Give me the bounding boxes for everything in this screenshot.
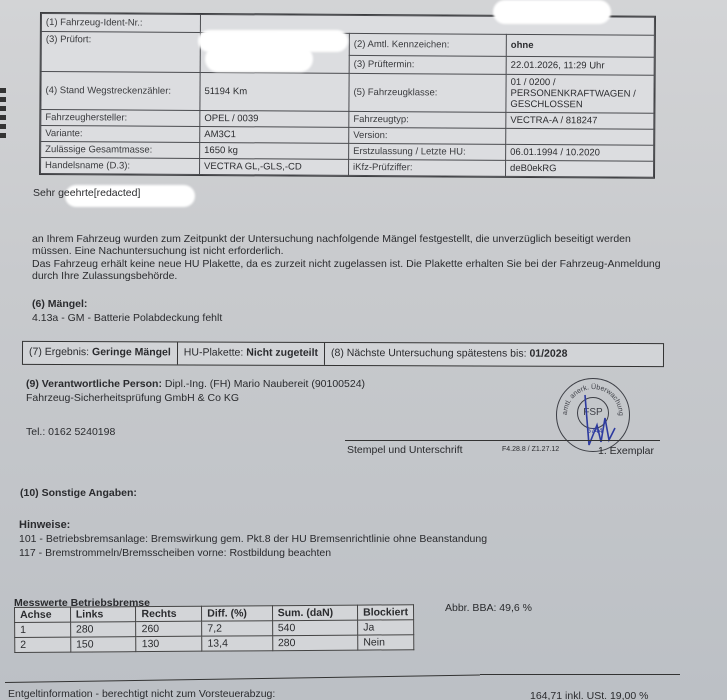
table-row: 2 150 130 13,4 280 Nein — [15, 635, 414, 653]
col-achse: Achse — [15, 607, 71, 622]
erstzulassung-value: 06.01.1994 / 10.2020 — [506, 144, 654, 161]
ergebnis-value: Geringe Mängel — [92, 346, 171, 358]
cell: 1 — [15, 622, 71, 637]
redaction — [493, 0, 611, 24]
cell: 280 — [272, 635, 357, 651]
vehicle-ident-label: (1) Fahrzeug-Ident-Nr.: — [41, 14, 200, 33]
plakette-label: HU-Plakette: — [184, 346, 244, 358]
km-value: 51194 Km — [200, 72, 349, 111]
variante-label: Variante: — [41, 126, 200, 143]
redaction — [205, 46, 313, 72]
entgelt-info: Entgeltinformation - berechtigt nicht zu… — [8, 688, 275, 700]
fahrzeugtyp-label: Fahrzeugtyp: — [349, 111, 506, 128]
plakette-cell: HU-Plakette: Nicht zugeteilt — [178, 342, 325, 365]
next-inspection-cell: (8) Nächste Untersuchung spätestens bis:… — [325, 343, 663, 366]
pruefort-label: (3) Prüfort: — [41, 32, 200, 73]
variante-value: AM3C1 — [200, 126, 349, 143]
paragraph-defects: an Ihrem Fahrzeug wurden zum Zeitpunkt d… — [32, 233, 672, 257]
handelsname-value: VECTRA GL,-GLS,-CD — [200, 158, 349, 175]
hinweise-list: 101 - Betriebsbremsanlage: Bremswirkung … — [19, 532, 487, 560]
col-rechts: Rechts — [136, 606, 202, 621]
messwerte-table: Achse Links Rechts Diff. (%) Sum. (daN) … — [14, 604, 414, 653]
col-blockiert: Blockiert — [358, 605, 414, 620]
signature-line — [345, 440, 660, 441]
handelsname-label: Handelsname (D.3): — [41, 158, 200, 175]
divider — [5, 675, 480, 683]
version-value — [506, 128, 654, 145]
km-label: (4) Stand Wegstreckenzähler: — [41, 72, 200, 111]
col-sum: Sum. (daN) — [272, 605, 357, 621]
pruefziffer-value: deB0ekRG — [506, 160, 654, 177]
cell: 280 — [70, 622, 136, 637]
maengel-item: 4.13a - GM - Batterie Polabdeckung fehlt — [32, 312, 222, 324]
pruefziffer-label: iKfz-Prüfziffer: — [349, 159, 506, 176]
erstzulassung-label: Erstzulassung / Letzte HU: — [349, 143, 506, 160]
cell: 540 — [272, 620, 357, 636]
abbremsung-value: Abbr. BBA: 49,6 % — [445, 602, 532, 614]
exemplar-label: 1. Exemplar — [598, 445, 654, 457]
cell: 150 — [71, 637, 137, 652]
person-name: Dipl.-Ing. (FH) Mario Naubereit (9010052… — [165, 378, 365, 390]
cell: 2 — [15, 637, 71, 652]
fahrzeugklasse-value: 01 / 0200 / PERSONENKRAFTWAGEN / GESCHLO… — [506, 74, 654, 113]
document-page: (1) Fahrzeug-Ident-Nr.: (3) Prüfort: (2)… — [0, 0, 727, 700]
version-label: Version: — [349, 127, 506, 144]
hersteller-label: Fahrzeughersteller: — [41, 110, 200, 127]
result-box: (7) Ergebnis: Geringe Mängel HU-Plakette… — [22, 341, 664, 367]
kennzeichen-label: (2) Amtl. Kennzeichen: — [349, 33, 506, 56]
divider — [480, 674, 680, 675]
fahrzeugklasse-label: (5) Fahrzeugklasse: — [349, 73, 506, 112]
hinweis-item: 117 - Bremstrommeln/Bremsscheiben vorne:… — [19, 546, 487, 560]
cell: Ja — [358, 620, 414, 635]
amount: 164,71 inkl. USt. 19,00 % — [530, 690, 649, 700]
prueftermin-value: 22.01.2026, 11:29 Uhr — [506, 56, 654, 75]
signature-scribble — [575, 390, 625, 450]
responsible-person: (9) Verantwortliche Person: Dipl.-Ing. (… — [26, 377, 365, 405]
person-label: (9) Verantwortliche Person: — [26, 378, 162, 390]
col-links: Links — [70, 607, 136, 622]
hinweis-item: 101 - Betriebsbremsanlage: Bremswirkung … — [19, 532, 487, 546]
paragraph-plakette: Das Fahrzeug erhält keine neue HU Plaket… — [32, 258, 672, 282]
maengel-heading: (6) Mängel: — [32, 298, 87, 310]
prueftermin-label: (3) Prüftermin: — [349, 55, 506, 74]
gesamtmasse-label: Zulässige Gesamtmasse: — [41, 142, 200, 159]
edge-mark — [0, 88, 8, 158]
stempel-label: Stempel und Unterschrift — [347, 444, 463, 456]
next-inspection-value: 01/2028 — [529, 348, 567, 360]
cell: 7,2 — [202, 621, 273, 636]
cell: Nein — [358, 635, 414, 650]
ergebnis-label: (7) Ergebnis: — [29, 346, 89, 358]
form-number: F4.28.8 / Z1.27.12 — [502, 446, 559, 453]
fahrzeugtyp-value: VECTRA-A / 818247 — [506, 112, 654, 129]
ergebnis-cell: (7) Ergebnis: Geringe Mängel — [23, 342, 178, 365]
hinweise-heading: Hinweise: — [19, 519, 70, 531]
company-name: Fahrzeug-Sicherheitsprüfung GmbH & Co KG — [26, 392, 239, 404]
col-diff: Diff. (%) — [202, 606, 273, 621]
cell: 130 — [136, 636, 202, 651]
kennzeichen-value: ohne — [506, 34, 654, 57]
cell: 13,4 — [202, 636, 273, 651]
hersteller-value: OPEL / 0039 — [200, 110, 349, 127]
cell: 260 — [136, 621, 202, 636]
sonstige-heading: (10) Sonstige Angaben: — [20, 487, 137, 499]
next-inspection-label: (8) Nächste Untersuchung spätestens bis: — [331, 347, 527, 360]
salutation: Sehr geehrte[redacted] — [33, 187, 140, 199]
plakette-value: Nicht zugeteilt — [246, 347, 318, 359]
phone: Tel.: 0162 5240198 — [26, 426, 115, 438]
gesamtmasse-value: 1650 kg — [200, 142, 349, 159]
